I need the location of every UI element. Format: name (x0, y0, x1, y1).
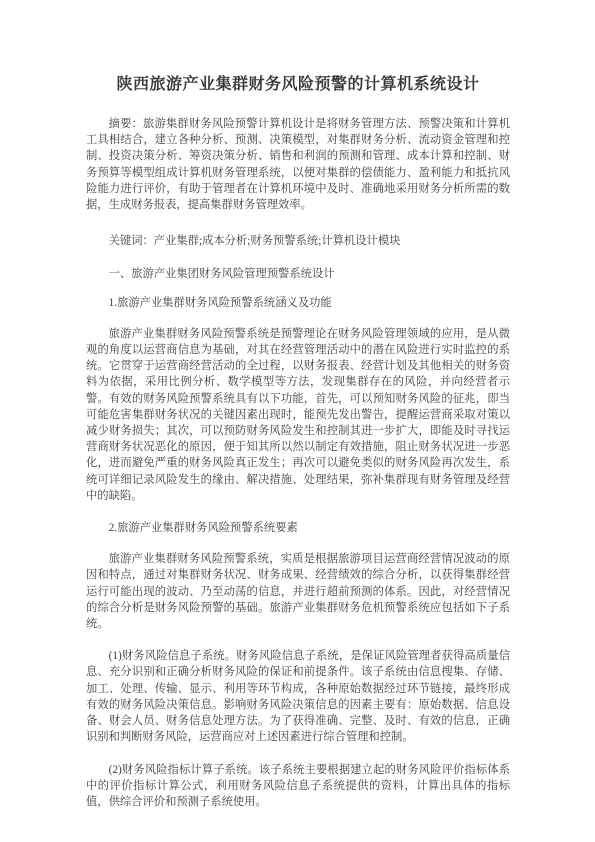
page-title: 陕西旅游产业集群财务风险预警的计算机系统设计 (86, 74, 510, 96)
body-paragraph-3: (1)财务风险信息子系统。财务风险信息子系统，是保证风险管理者获得高质量信息、充… (86, 648, 510, 745)
document-content: 陕西旅游产业集群财务风险预警的计算机系统设计 摘要：旅游集群财务风险预警计算机设… (0, 0, 595, 810)
document-page: 陕西旅游产业集群财务风险预警的计算机系统设计 摘要：旅游集群财务风险预警计算机设… (0, 0, 595, 842)
subsection-heading-1: 1.旅游产业集群财务风险预警系统涵义及功能 (86, 295, 510, 311)
body-paragraph-2: 旅游产业集群财务风险预警系统，实质是根据旅游项目运营商经营情况波动的原因和特点，… (86, 551, 510, 632)
body-paragraph-1: 旅游产业集群财务风险预警系统是预警理论在财务风险管理领域的应用，是从微观的角度以… (86, 326, 510, 504)
subsection-heading-2: 2.旅游产业集群财务风险预警系统要素 (86, 520, 510, 536)
body-paragraph-4: (2)财务风险指标计算子系统。该子系统主要根据建立起的财务风险评价指标体系中的评… (86, 762, 510, 811)
keywords-line: 关键词：产业集群;成本分析;财务预警系统;计算机设计模块 (86, 233, 510, 249)
section-heading-1: 一、旅游产业集团财务风险管理预警系统设计 (86, 266, 510, 282)
abstract-paragraph: 摘要：旅游集群财务风险预警计算机设计是将财务管理方法、预警决策和计算机工具相结合… (86, 116, 510, 213)
